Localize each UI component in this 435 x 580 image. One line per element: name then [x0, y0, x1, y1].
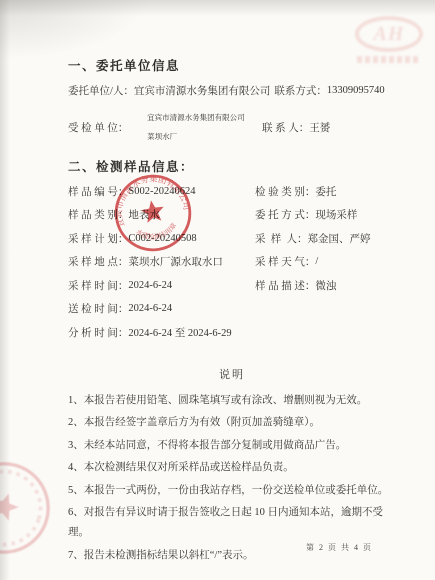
contact-phone-value: 13309095740 — [327, 85, 385, 96]
inspection-type-value: 委托 — [315, 184, 336, 199]
delivery-time-label: 送 检 时 间： — [68, 301, 128, 316]
watermark-text: AH — [374, 23, 405, 46]
note-item-6: 6、对报告有异议时请于报告签收之日起 10 日内通知本站，逾期不受理。 — [68, 503, 396, 543]
delivery-time-value: 2024-6-24 — [128, 303, 172, 314]
sampling-location-value: 菜坝水厂源水取水口 — [128, 254, 223, 269]
sample-section-heading: 二、检测样品信息： — [68, 157, 400, 175]
sampling-plan-label: 采 样 计 划： — [68, 231, 128, 246]
sampling-weather-label: 采 样 天 气： — [255, 254, 315, 269]
sampling-location-label: 采 样 地 点： — [68, 254, 128, 269]
watermark-oval: AH — [355, 16, 423, 52]
client-name-pair: 委托单位/人： 宜宾市清源水务集团有限公司 — [68, 83, 270, 98]
sample-id-value: S002-20240624 — [128, 186, 195, 197]
entrust-method-value: 现场采样 — [315, 207, 357, 222]
scan-edge-left — [0, 0, 10, 580]
sample-category-value: 地表水 — [128, 207, 160, 222]
page-number-footer: 第 2 页 共 4 页 — [306, 542, 373, 553]
note-item-5: 5、本报告一式两份，一份由我站存档，一份交送检单位或委托单位。 — [68, 481, 396, 501]
inspected-unit-value: 宜宾市清源水务集团有限公司 菜坝水厂 — [128, 104, 244, 151]
scan-edge-corner — [0, 0, 150, 60]
sample-row-plan: 采 样 计 划： C002-20240508 采 样 人： 郑金国、严婷 — [68, 231, 400, 246]
sample-row-delivery: 送 检 时 间： 2024-6-24 — [68, 301, 400, 316]
sampling-weather-value: / — [315, 256, 318, 267]
sample-description-label: 样 品 描 述： — [255, 278, 315, 293]
inspection-type-label: 检 验 类 别： — [255, 184, 315, 199]
sampling-time-value: 2024-6-24 — [128, 280, 172, 291]
sample-category-label: 样 品 类 别： — [68, 207, 128, 222]
entrust-method-label: 委 托 方 式： — [255, 207, 315, 222]
analysis-time-value: 2024-6-24 至 2024-6-29 — [128, 325, 231, 340]
sample-row-id: 样 品 编 号： S002-20240624 检 验 类 别： 委托 — [68, 184, 400, 199]
sample-row-category: 样 品 类 别： 地表水 委 托 方 式： 现场采样 — [68, 207, 400, 222]
edge-seal-star-icon — [0, 489, 22, 522]
inspected-unit-pair: 受 检 单 位： 宜宾市清源水务集团有限公司 菜坝水厂 — [68, 104, 262, 151]
sample-id-label: 样 品 编 号： — [68, 184, 128, 199]
inspected-unit-label: 受 检 单 位： — [68, 120, 128, 135]
note-item-1: 1、本报告若使用铅笔、圆珠笔填写或有涂改、增删则视为无效。 — [68, 391, 396, 411]
analysis-time-label: 分 析 时 间： — [68, 325, 128, 340]
report-page: AH 一、委托单位信息 委托单位/人： 宜宾市清源水务集团有限公司 联系方式： … — [0, 0, 435, 580]
contact-person-pair: 联 系 人： 王赟 — [262, 120, 330, 135]
sampling-time-label: 采 样 时 间： — [68, 278, 128, 293]
contact-phone-label: 联系方式： — [274, 83, 327, 98]
report-content: 一、委托单位信息 委托单位/人： 宜宾市清源水务集团有限公司 联系方式： 133… — [68, 56, 400, 568]
sample-row-analysis: 分 析 时 间： 2024-6-24 至 2024-6-29 — [68, 325, 400, 340]
edge-seal-stamp — [0, 448, 64, 569]
client-row-2: 受 检 单 位： 宜宾市清源水务集团有限公司 菜坝水厂 联 系 人： 王赟 — [68, 104, 400, 151]
client-name-label: 委托单位/人： — [68, 83, 134, 98]
sampler-value: 郑金国、严婷 — [308, 231, 371, 246]
sample-row-time: 采 样 时 间： 2024-6-24 样 品 描 述： 微浊 — [68, 278, 400, 293]
notes-title: 说明 — [68, 366, 396, 382]
contact-phone-pair: 联系方式： 13309095740 — [274, 83, 384, 98]
sample-description-value: 微浊 — [315, 278, 336, 293]
notes-section: 说明 1、本报告若使用铅笔、圆珠笔填写或有涂改、增删则视为无效。 2、本报告经签… — [68, 366, 396, 566]
scan-edge-top — [0, 0, 435, 16]
client-row-1: 委托单位/人： 宜宾市清源水务集团有限公司 联系方式： 13309095740 — [68, 83, 400, 98]
contact-person-label: 联 系 人： — [262, 120, 309, 135]
client-name-value: 宜宾市清源水务集团有限公司 — [134, 83, 271, 98]
client-section-heading: 一、委托单位信息 — [68, 56, 400, 74]
contact-person-value: 王赟 — [309, 120, 330, 135]
note-item-2: 2、本报告经签字盖章后方为有效（附页加盖骑缝章）。 — [68, 413, 396, 433]
note-item-4: 4、本次检测结果仅对所采样品或送检样品负责。 — [68, 458, 396, 478]
sampler-label: 采 样 人： — [255, 231, 308, 246]
note-item-3: 3、未经本站同意，不得将本报告部分复制或用做商品广告。 — [68, 436, 396, 456]
sampling-plan-value: C002-20240508 — [128, 233, 196, 244]
edge-seal-text-ring — [0, 462, 50, 554]
sample-row-location: 采 样 地 点： 菜坝水厂源水取水口 采 样 天 气： / — [68, 254, 400, 269]
